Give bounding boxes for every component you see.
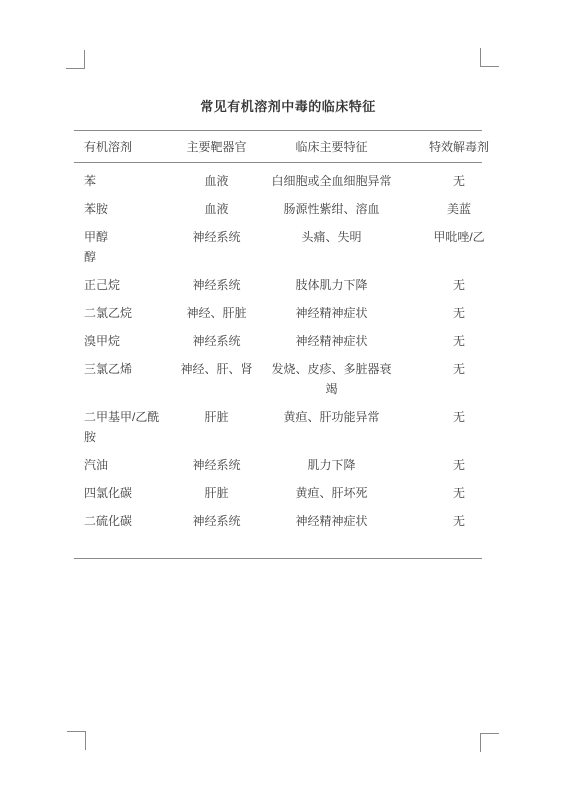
cell-antidote: 无	[415, 475, 503, 503]
cell-antidote: 无	[415, 447, 503, 475]
cell-features: 黄疸、肝功能异常	[269, 399, 394, 447]
table-row: 溴甲烷神经系统神经精神症状无	[74, 323, 482, 351]
cell-features: 肠源性紫绀、溶血	[269, 191, 394, 219]
table-row: 二甲基甲/乙酰胺肝脏黄疸、肝功能异常无	[74, 399, 482, 447]
header-antidote: 特效解毒剂	[415, 137, 503, 157]
cell-organ: 神经系统	[164, 503, 269, 531]
table-row: 四氯化碳肝脏黄疸、肝坏死无	[74, 475, 482, 503]
cell-antidote: 美蓝	[415, 191, 503, 219]
cell-solvent: 溴甲烷	[74, 323, 164, 351]
table-row: 二硫化碳神经系统神经精神症状无	[74, 503, 482, 531]
table-row: 三氯乙烯神经、肝、肾发烧、皮疹、多脏器衰竭无	[74, 351, 482, 399]
cell-solvent: 苯	[74, 163, 164, 191]
cell-antidote: 无	[415, 323, 503, 351]
cell-organ: 神经系统	[164, 447, 269, 475]
cell-solvent: 二硫化碳	[74, 503, 164, 531]
header-organ: 主要靶器官	[164, 137, 269, 157]
cell-organ: 神经系统	[164, 323, 269, 351]
cell-solvent: 二氯乙烷	[74, 295, 164, 323]
cell-organ: 肝脏	[164, 399, 269, 447]
cell-features: 肢体肌力下降	[269, 267, 394, 295]
table-row: 苯胺血液肠源性紫绀、溶血美蓝	[74, 191, 482, 219]
solvent-table: 有机溶剂 主要靶器官 临床主要特征 特效解毒剂 苯血液白细胞或全血细胞异常无苯胺…	[74, 130, 482, 559]
table-row: 汽油神经系统肌力下降无	[74, 447, 482, 475]
table-row: 正己烷神经系统肢体肌力下降无	[74, 267, 482, 295]
cell-antidote: 无	[415, 163, 503, 191]
cell-features: 肌力下降	[269, 447, 394, 475]
cell-features: 神经精神症状	[269, 323, 394, 351]
cell-antidote: 无	[415, 399, 503, 447]
cell-features: 发烧、皮疹、多脏器衰竭	[269, 351, 394, 399]
cell-organ: 神经、肝脏	[164, 295, 269, 323]
cell-solvent: 苯胺	[74, 191, 164, 219]
cell-solvent-wrap-line: 醇	[84, 247, 164, 267]
cell-solvent: 甲醇醇	[74, 219, 164, 267]
table-row: 甲醇醇神经系统头痛、失明甲吡唑/乙	[74, 219, 482, 267]
cell-solvent: 三氯乙烯	[74, 351, 164, 399]
crop-mark-top-right-icon	[480, 48, 499, 67]
cell-features: 神经精神症状	[269, 295, 394, 323]
cell-antidote: 无	[415, 351, 503, 399]
table-header-row: 有机溶剂 主要靶器官 临床主要特征 特效解毒剂	[74, 131, 482, 163]
cell-antidote: 无	[415, 295, 503, 323]
table-row: 二氯乙烷神经、肝脏神经精神症状无	[74, 295, 482, 323]
table-row: 苯血液白细胞或全血细胞异常无	[74, 163, 482, 191]
cell-organ: 肝脏	[164, 475, 269, 503]
cell-solvent: 正己烷	[74, 267, 164, 295]
cell-organ: 神经、肝、肾	[164, 351, 269, 399]
cell-solvent: 二甲基甲/乙酰胺	[74, 399, 164, 447]
crop-mark-bottom-left-icon	[67, 731, 86, 750]
cell-features: 黄疸、肝坏死	[269, 475, 394, 503]
table-body: 苯血液白细胞或全血细胞异常无苯胺血液肠源性紫绀、溶血美蓝甲醇醇神经系统头痛、失明…	[74, 163, 482, 559]
header-solvent: 有机溶剂	[74, 137, 164, 157]
cell-solvent: 四氯化碳	[74, 475, 164, 503]
cell-organ: 神经系统	[164, 267, 269, 295]
cell-antidote: 甲吡唑/乙	[415, 219, 503, 267]
cell-antidote: 无	[415, 503, 503, 531]
cell-features: 头痛、失明	[269, 219, 394, 267]
cell-features: 白细胞或全血细胞异常	[269, 163, 394, 191]
cell-organ: 神经系统	[164, 219, 269, 267]
crop-mark-top-left-icon	[66, 50, 85, 69]
header-features: 临床主要特征	[269, 137, 394, 157]
cell-organ: 血液	[164, 191, 269, 219]
cell-solvent: 汽油	[74, 447, 164, 475]
document-page: 常见有机溶剂中毒的临床特征 有机溶剂 主要靶器官 临床主要特征 特效解毒剂 苯血…	[0, 0, 566, 800]
page-title: 常见有机溶剂中毒的临床特征	[74, 99, 502, 115]
cell-organ: 血液	[164, 163, 269, 191]
cell-features: 神经精神症状	[269, 503, 394, 531]
cell-antidote: 无	[415, 267, 503, 295]
crop-mark-bottom-right-icon	[480, 733, 499, 752]
